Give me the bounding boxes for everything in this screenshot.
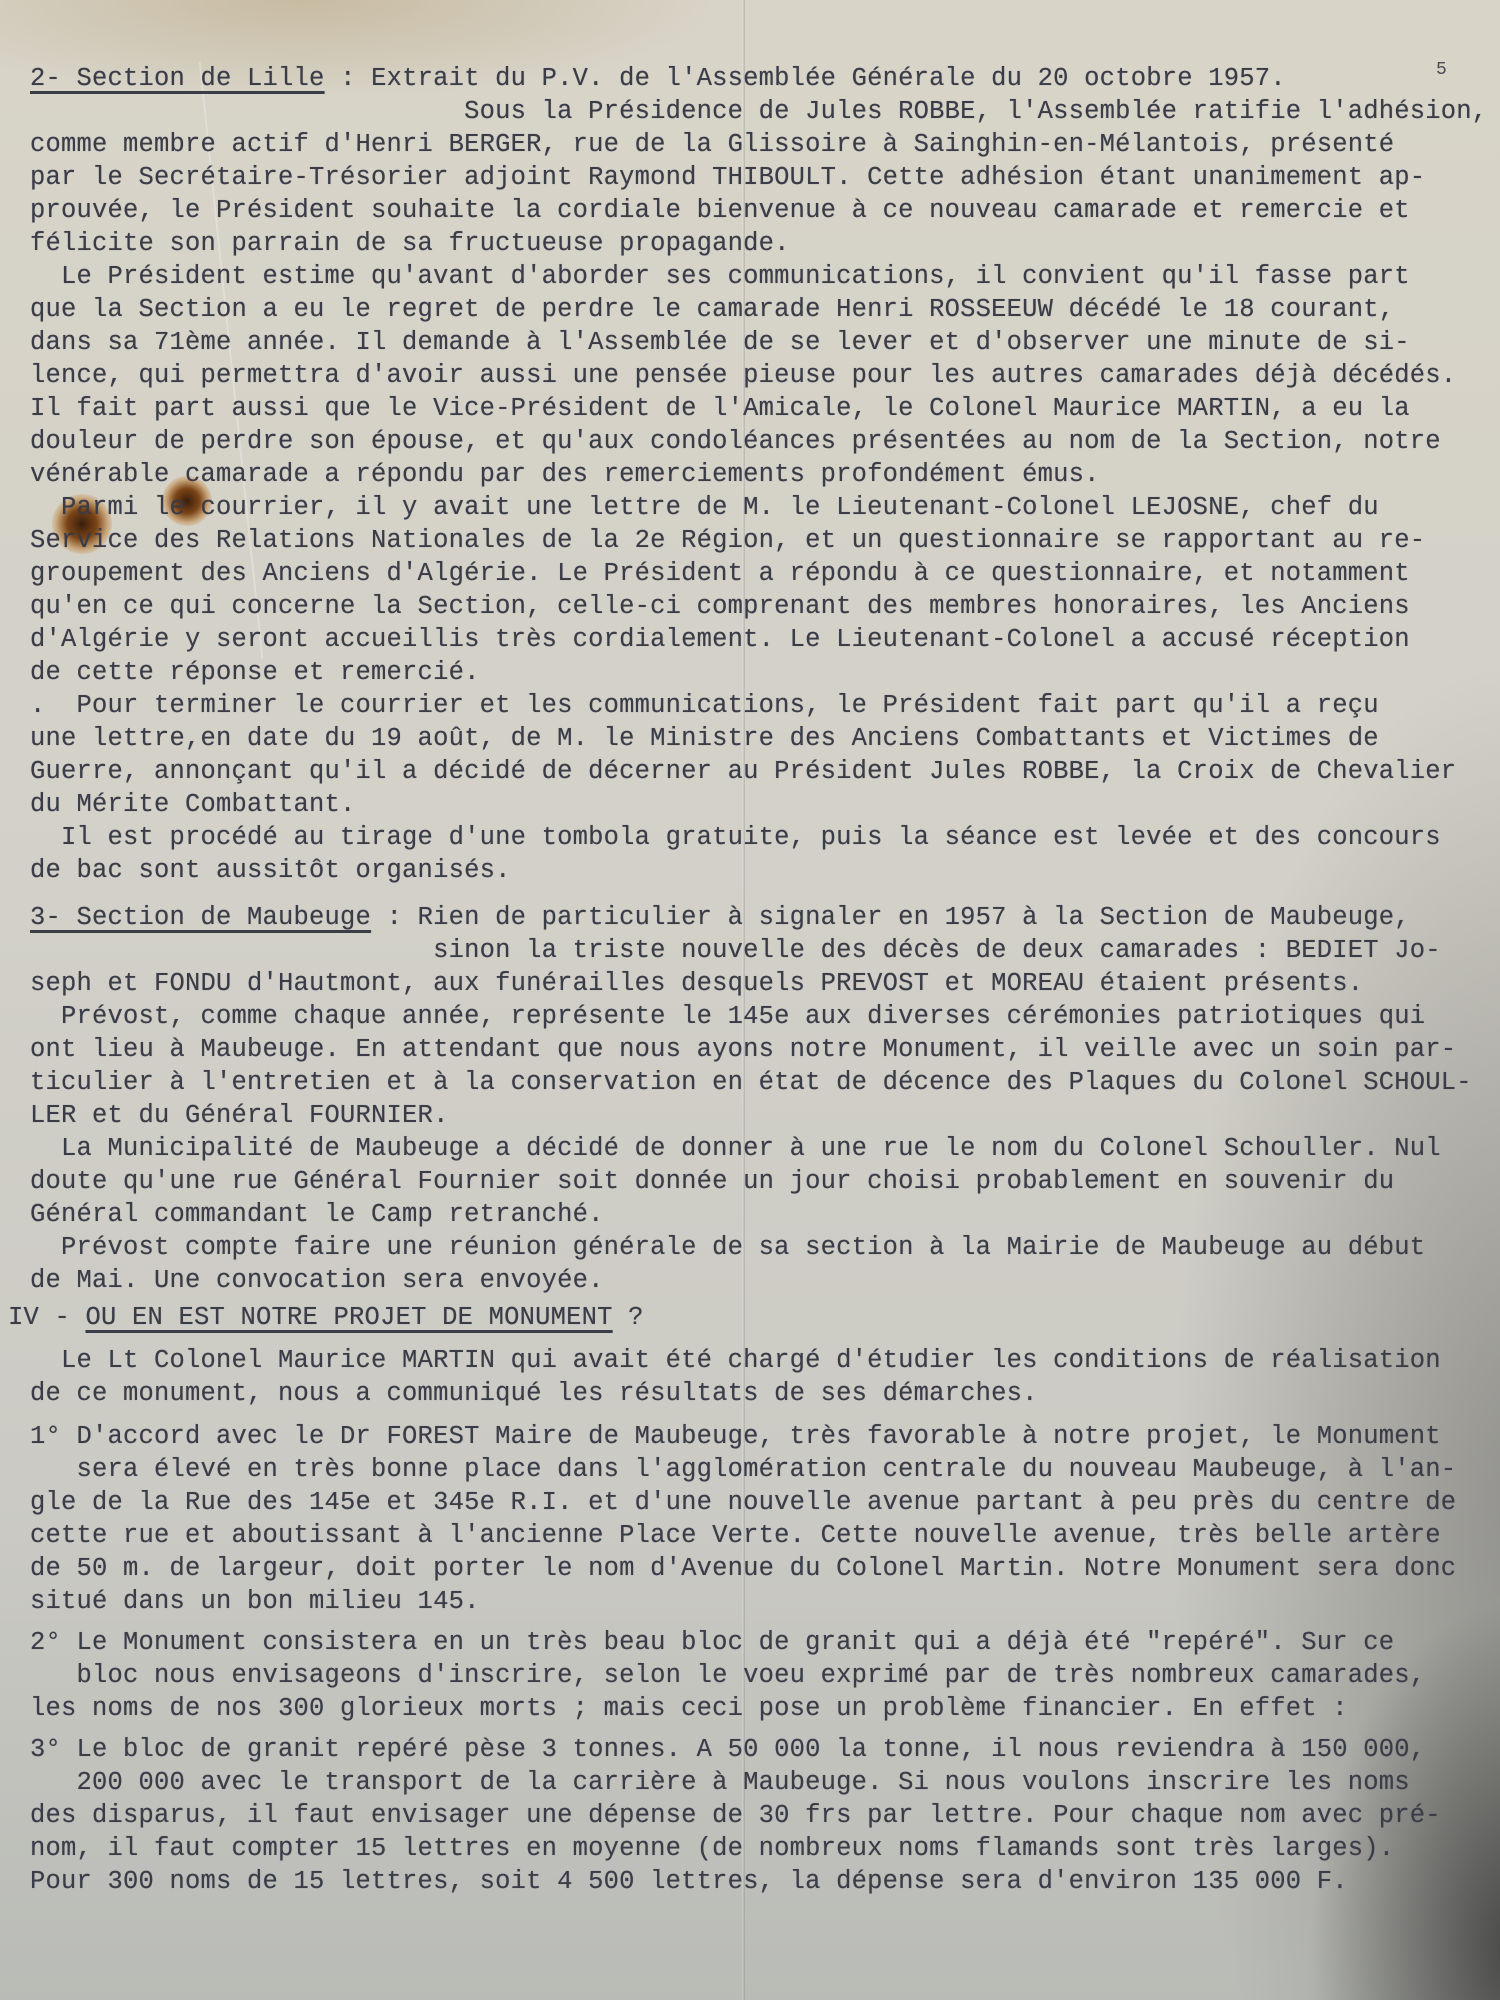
text-line: de Mai. Une convocation sera envoyée. [30,1264,1480,1297]
text-line: Il est procédé au tirage d'une tombola g… [30,821,1480,854]
text-line: . Pour terminer le courrier et les commu… [30,689,1480,722]
paragraph: La Municipalité de Maubeuge a décidé de … [30,1132,1480,1231]
paragraph: Parmi le courrier, il y avait une lettre… [30,491,1480,689]
text-line: prouvée, le Président souhaite la cordia… [30,194,1480,227]
section-numeral: IV - [8,1303,86,1332]
paragraph: Prévost compte faire une réunion général… [30,1231,1480,1297]
text-line: 1° D'accord avec le Dr FOREST Maire de M… [30,1420,1480,1453]
text-line: Pour 300 noms de 15 lettres, soit 4 500 … [30,1865,1480,1898]
text-line: La Municipalité de Maubeuge a décidé de … [30,1132,1480,1165]
text-line: Guerre, annonçant qu'il a décidé de déce… [30,755,1480,788]
text-line: Prévost compte faire une réunion général… [30,1231,1480,1264]
text-line: bloc nous envisageons d'inscrire, selon … [30,1659,1480,1692]
text-line: Prévost, comme chaque année, représente … [30,1000,1480,1033]
text-line: comme membre actif d'Henri BERGER, rue d… [30,128,1480,161]
numbered-point: 2° Le Monument consistera en un très bea… [30,1626,1480,1725]
text-line: Sous la Présidence de Jules ROBBE, l'Ass… [30,95,1480,128]
text-line: situé dans un bon milieu 145. [30,1585,1480,1618]
text-line: Service des Relations Nationales de la 2… [30,524,1480,557]
text-line: gle de la Rue des 145e et 345e R.I. et d… [30,1486,1480,1519]
text-line: qu'en ce qui concerne la Section, celle-… [30,590,1480,623]
text-line: des disparus, il faut envisager une dépe… [30,1799,1480,1832]
text-line: nom, il faut compter 15 lettres en moyen… [30,1832,1480,1865]
text-line: doute qu'une rue Général Fournier soit d… [30,1165,1480,1198]
text-line: de bac sont aussitôt organisés. [30,854,1480,887]
section-subtitle: : Extrait du P.V. de l'Assemblée Général… [325,64,1286,93]
section-heading: 3- Section de Maubeuge [30,903,371,932]
text-line: Le Lt Colonel Maurice MARTIN qui avait é… [30,1344,1480,1377]
text-line: que la Section a eu le regret de perdre … [30,293,1480,326]
paragraph: Il est procédé au tirage d'une tombola g… [30,821,1480,887]
text-line: félicite son parrain de sa fructueuse pr… [30,227,1480,260]
section-heading: OU EN EST NOTRE PROJET DE MONUMENT [86,1303,613,1332]
text-line: ticulier à l'entretien et à la conservat… [30,1066,1480,1099]
paragraph: . Pour terminer le courrier et les commu… [30,689,1480,821]
text-line: les noms de nos 300 glorieux morts ; mai… [30,1692,1480,1725]
text-line: ont lieu à Maubeuge. En attendant que no… [30,1033,1480,1066]
section-subtitle: : Rien de particulier à signaler en 1957… [371,903,1410,932]
text-line: de 50 m. de largeur, doit porter le nom … [30,1552,1480,1585]
paragraph: Le Président estime qu'avant d'aborder s… [30,260,1480,491]
text-line: sera élevé en très bonne place dans l'ag… [30,1453,1480,1486]
numbered-point: 3° Le bloc de granit repéré pèse 3 tonne… [30,1733,1480,1898]
text-line: Général commandant le Camp retranché. [30,1198,1480,1231]
text-line: de cette réponse et remercié. [30,656,1480,689]
section-maubeuge-title: 3- Section de Maubeuge : Rien de particu… [30,901,1480,934]
section-lille-intro: Sous la Présidence de Jules ROBBE, l'Ass… [30,95,1480,260]
section-subtitle: ? [613,1303,644,1332]
numbered-point: 1° D'accord avec le Dr FOREST Maire de M… [30,1420,1480,1618]
text-line: dans sa 71ème année. Il demande à l'Asse… [30,326,1480,359]
text-line: groupement des Anciens d'Algérie. Le Pré… [30,557,1480,590]
section-heading: 2- Section de Lille [30,64,325,93]
text-line: sinon la triste nouvelle des décès de de… [30,934,1480,967]
section-lille-title: 2- Section de Lille : Extrait du P.V. de… [30,62,1480,95]
text-line: une lettre,en date du 19 août, de M. le … [30,722,1480,755]
paragraph: sinon la triste nouvelle des décès de de… [30,934,1480,1000]
paragraph: Prévost, comme chaque année, représente … [30,1000,1480,1132]
section-monument-title: IV - OU EN EST NOTRE PROJET DE MONUMENT … [8,1301,1480,1334]
text-line: Parmi le courrier, il y avait une lettre… [30,491,1480,524]
document-body: 2- Section de Lille : Extrait du P.V. de… [30,62,1480,1898]
text-line: douleur de perdre son épouse, et qu'aux … [30,425,1480,458]
text-line: d'Algérie y seront accueillis très cordi… [30,623,1480,656]
text-line: Le Président estime qu'avant d'aborder s… [30,260,1480,293]
text-line: cette rue et aboutissant à l'ancienne Pl… [30,1519,1480,1552]
text-line: lence, qui permettra d'avoir aussi une p… [30,359,1480,392]
paragraph: Le Lt Colonel Maurice MARTIN qui avait é… [30,1344,1480,1410]
text-line: 2° Le Monument consistera en un très bea… [30,1626,1480,1659]
text-line: vénérable camarade a répondu par des rem… [30,458,1480,491]
text-line: par le Secrétaire-Trésorier adjoint Raym… [30,161,1480,194]
text-line: de ce monument, nous a communiqué les ré… [30,1377,1480,1410]
text-line: du Mérite Combattant. [30,788,1480,821]
text-line: 3° Le bloc de granit repéré pèse 3 tonne… [30,1733,1480,1766]
text-line: seph et FONDU d'Hautmont, aux funéraille… [30,967,1480,1000]
text-line: Il fait part aussi que le Vice-Président… [30,392,1480,425]
text-line: LER et du Général FOURNIER. [30,1099,1480,1132]
text-line: 200 000 avec le transport de la carrière… [30,1766,1480,1799]
